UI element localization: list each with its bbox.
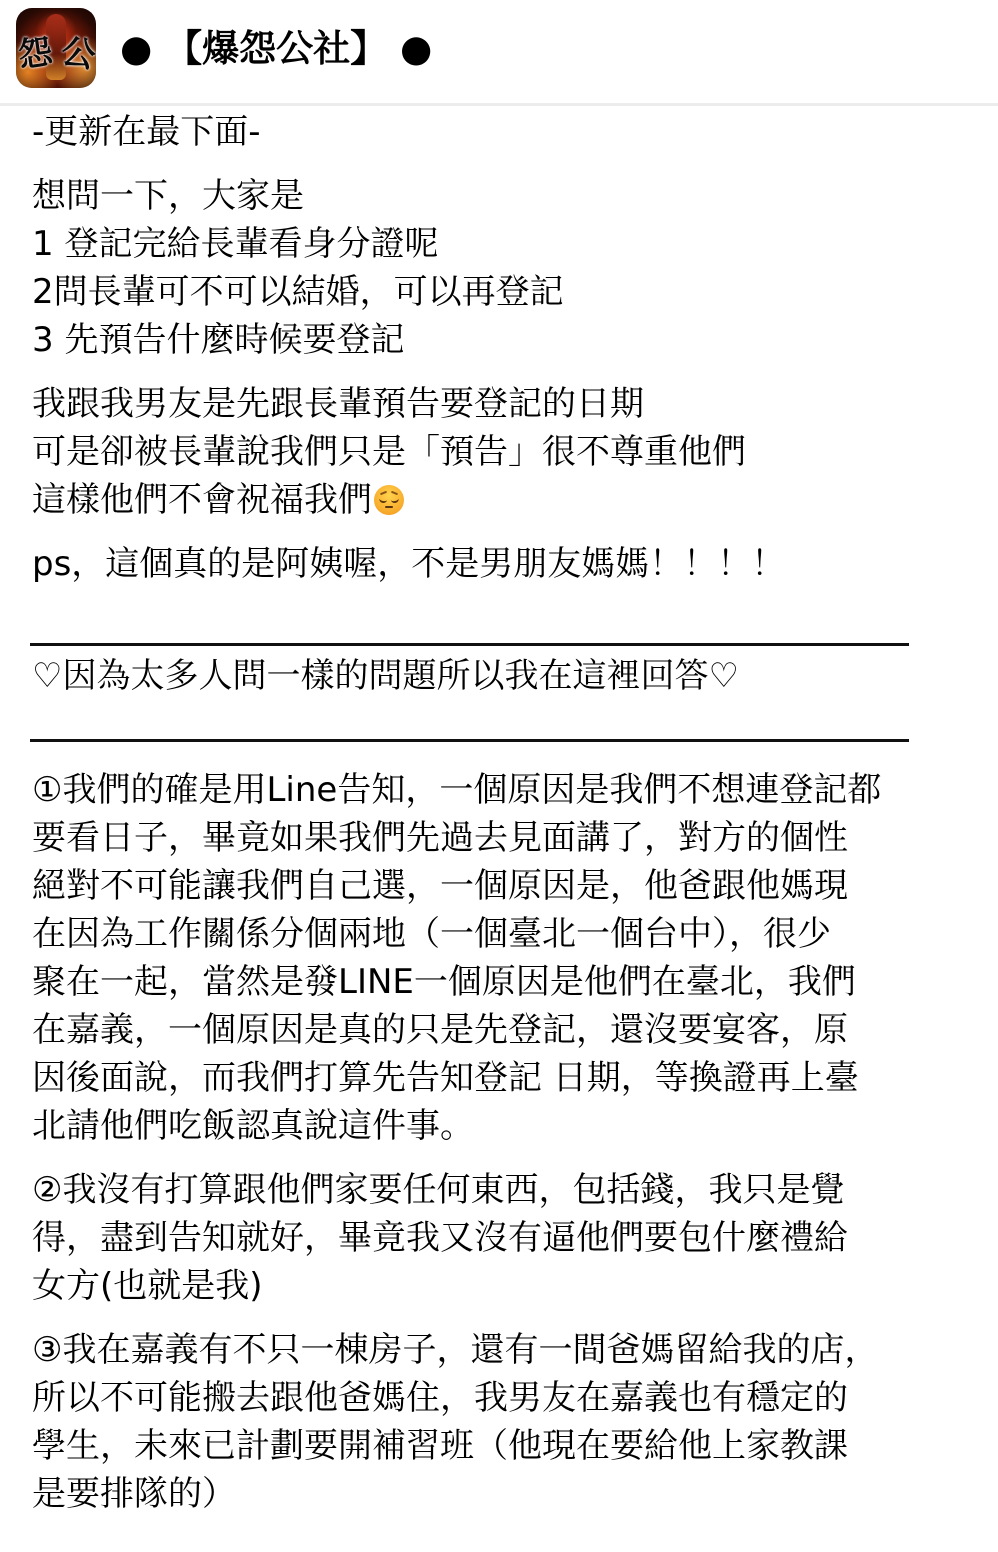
- answer-line: 所以不可能搬去跟他爸媽住，我男友在嘉義也有穩定的: [32, 1374, 972, 1422]
- answer-line: 要看日子，畢竟如果我們先過去見面講了，對方的個性: [32, 814, 972, 862]
- answer-line: ③我在嘉義有不只一棟房子，還有一間爸媽留給我的店，: [32, 1326, 972, 1374]
- story-paragraph: 我跟我男友是先跟長輩預告要登記的日期 可是卻被長輩說我們只是「預告」很不尊重他們…: [32, 380, 972, 524]
- ps-line: ps，這個真的是阿姨喔，不是男朋友媽媽！！！！: [32, 540, 972, 588]
- answers-heading: ♡因為太多人問一樣的問題所以我在這裡回答♡: [32, 652, 972, 700]
- question-line: 想問一下，大家是: [32, 172, 972, 220]
- avatar-glyph: 怨: [16, 24, 55, 77]
- question-line: 1 登記完給長輩看身分證呢: [32, 220, 972, 268]
- divider-line-top: [32, 604, 972, 652]
- post-header: 怨 公 ● 【爆怨公社】 ●: [0, 0, 998, 106]
- answer-line: 北請他們吃飯認真說這件事。: [32, 1102, 972, 1150]
- answer-line: 在嘉義，一個原因是真的只是先登記，還沒要宴客，原: [32, 1006, 972, 1054]
- answer-line: 因後面說，而我們打算先告知登記 日期，等換證再上臺: [32, 1054, 972, 1102]
- question-line: 3 先預告什麼時候要登記: [32, 316, 972, 364]
- answer-line: 是要排隊的）: [32, 1470, 972, 1518]
- group-avatar[interactable]: 怨 公: [16, 8, 96, 88]
- answer-line: ①我們的確是用Line告知，一個原因是我們不想連登記都: [32, 766, 972, 814]
- group-title[interactable]: ● 【爆怨公社】 ●: [120, 24, 432, 74]
- ps-paragraph: ps，這個真的是阿姨喔，不是男朋友媽媽！！！！: [32, 540, 972, 588]
- answer-line: ②我沒有打算跟他們家要任何東西，包括錢，我只是覺: [32, 1166, 972, 1214]
- answer-2: ②我沒有打算跟他們家要任何東西，包括錢，我只是覺 得，盡到告知就好，畢竟我又沒有…: [32, 1166, 972, 1310]
- emoji-brow: [391, 491, 398, 495]
- pensive-face-icon: [374, 485, 404, 515]
- divider-line-bottom: [32, 700, 972, 748]
- answer-line: 在因為工作關係分個兩地（一個臺北一個台中），很少: [32, 910, 972, 958]
- story-line: 可是卻被長輩說我們只是「預告」很不尊重他們: [32, 428, 972, 476]
- answer-line: 聚在一起，當然是發LINE一個原因是他們在臺北，我們: [32, 958, 972, 1006]
- answer-line: 學生，未來已計劃要開補習班（他現在要給他上家教課: [32, 1422, 972, 1470]
- answer-line: 絕對不可能讓我們自己選，一個原因是，他爸跟他媽現: [32, 862, 972, 910]
- emoji-eye: [391, 497, 400, 504]
- emoji-brow: [380, 491, 387, 495]
- update-note-paragraph: -更新在最下面-: [32, 108, 972, 156]
- divider-rule: [30, 739, 909, 742]
- answers-heading-block: ♡因為太多人問一樣的問題所以我在這裡回答♡: [32, 604, 972, 748]
- emoji-eye: [379, 497, 388, 504]
- answer-3: ③我在嘉義有不只一棟房子，還有一間爸媽留給我的店， 所以不可能搬去跟他爸媽住，我…: [32, 1326, 972, 1518]
- emoji-mouth: [385, 506, 393, 508]
- divider-rule: [30, 643, 909, 646]
- story-line: 我跟我男友是先跟長輩預告要登記的日期: [32, 380, 972, 428]
- post-body: -更新在最下面- 想問一下，大家是 1 登記完給長輩看身分證呢 2問長輩可不可以…: [32, 108, 972, 1534]
- answer-1: ①我們的確是用Line告知，一個原因是我們不想連登記都 要看日子，畢竟如果我們先…: [32, 766, 972, 1150]
- answer-line: 女方(也就是我): [32, 1262, 972, 1310]
- story-line-with-emoji: 這樣他們不會祝福我們: [32, 476, 972, 524]
- question-line: 2問長輩可不可以結婚，可以再登記: [32, 268, 972, 316]
- update-note: -更新在最下面-: [32, 108, 972, 156]
- story-line-text: 這樣他們不會祝福我們: [32, 480, 372, 520]
- answer-line: 得，盡到告知就好，畢竟我又沒有逼他們要包什麼禮給: [32, 1214, 972, 1262]
- question-paragraph: 想問一下，大家是 1 登記完給長輩看身分證呢 2問長輩可不可以結婚，可以再登記 …: [32, 172, 972, 364]
